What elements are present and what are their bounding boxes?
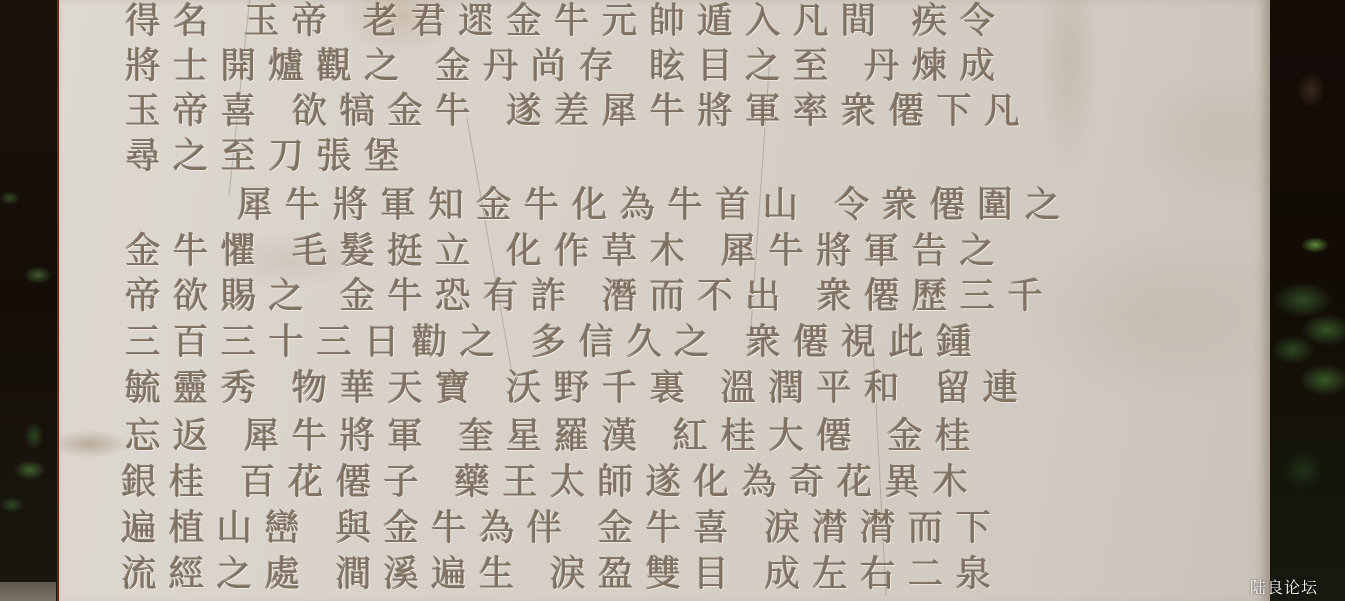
- inscription-line: 遍植山巒 與金牛為伴 金牛喜 淚潸潸而下: [121, 509, 1003, 549]
- inscription-line: 銀桂 百花僊子 藥王太師遂化為奇花異木: [121, 463, 980, 503]
- inscription-line: 玉帝喜 欲犒金牛 遂差犀牛將軍率衆僊下凡: [125, 92, 1032, 132]
- inscription-line: 帝欲賜之 金牛恐有詐 潛而不出 衆僊歷三千: [125, 277, 1055, 317]
- foliage-right: [1263, 0, 1345, 601]
- inscription: 得名 玉帝 老君遝金牛元帥遁入凡間 疾令 將士開爐觀之 金丹尚存 眩目之至 丹煉…: [59, 0, 1270, 601]
- photo-scene: 得名 玉帝 老君遝金牛元帥遁入凡間 疾令 將士開爐觀之 金丹尚存 眩目之至 丹煉…: [0, 0, 1345, 601]
- inscription-line: 犀牛將軍知金牛化為牛首山 令衆僊圍之: [237, 186, 1073, 226]
- stone-stele: 得名 玉帝 老君遝金牛元帥遁入凡間 疾令 將士開爐觀之 金丹尚存 眩目之至 丹煉…: [57, 0, 1270, 601]
- inscription-line: 流經之處 澗溪遍生 淚盈雙目 成左右二泉: [121, 555, 1003, 595]
- inscription-line: 尋之至刀張堡: [125, 137, 412, 177]
- inscription-line: 將士開爐觀之 金丹尚存 眩目之至 丹煉成: [125, 47, 1007, 87]
- ground-strip: [0, 582, 56, 601]
- inscription-line: 毓靈秀 物華天寶 沃野千裏 溫潤平和 留連: [125, 369, 1031, 409]
- inscription-line: 得名 玉帝 老君遝金牛元帥遁入凡間 疾令: [125, 2, 1007, 42]
- watermark: 陆良论坛: [1250, 575, 1318, 598]
- inscription-line: 金牛懼 毛髮挺立 化作草木 犀牛將軍告之: [125, 232, 1007, 272]
- inscription-line: 忘返 犀牛將軍 奎星羅漢 紅桂大僊 金桂: [125, 417, 983, 457]
- foliage-left: [0, 0, 62, 601]
- inscription-line: 三百三十三日勸之 多信久之 衆僊視此鍾: [125, 323, 984, 363]
